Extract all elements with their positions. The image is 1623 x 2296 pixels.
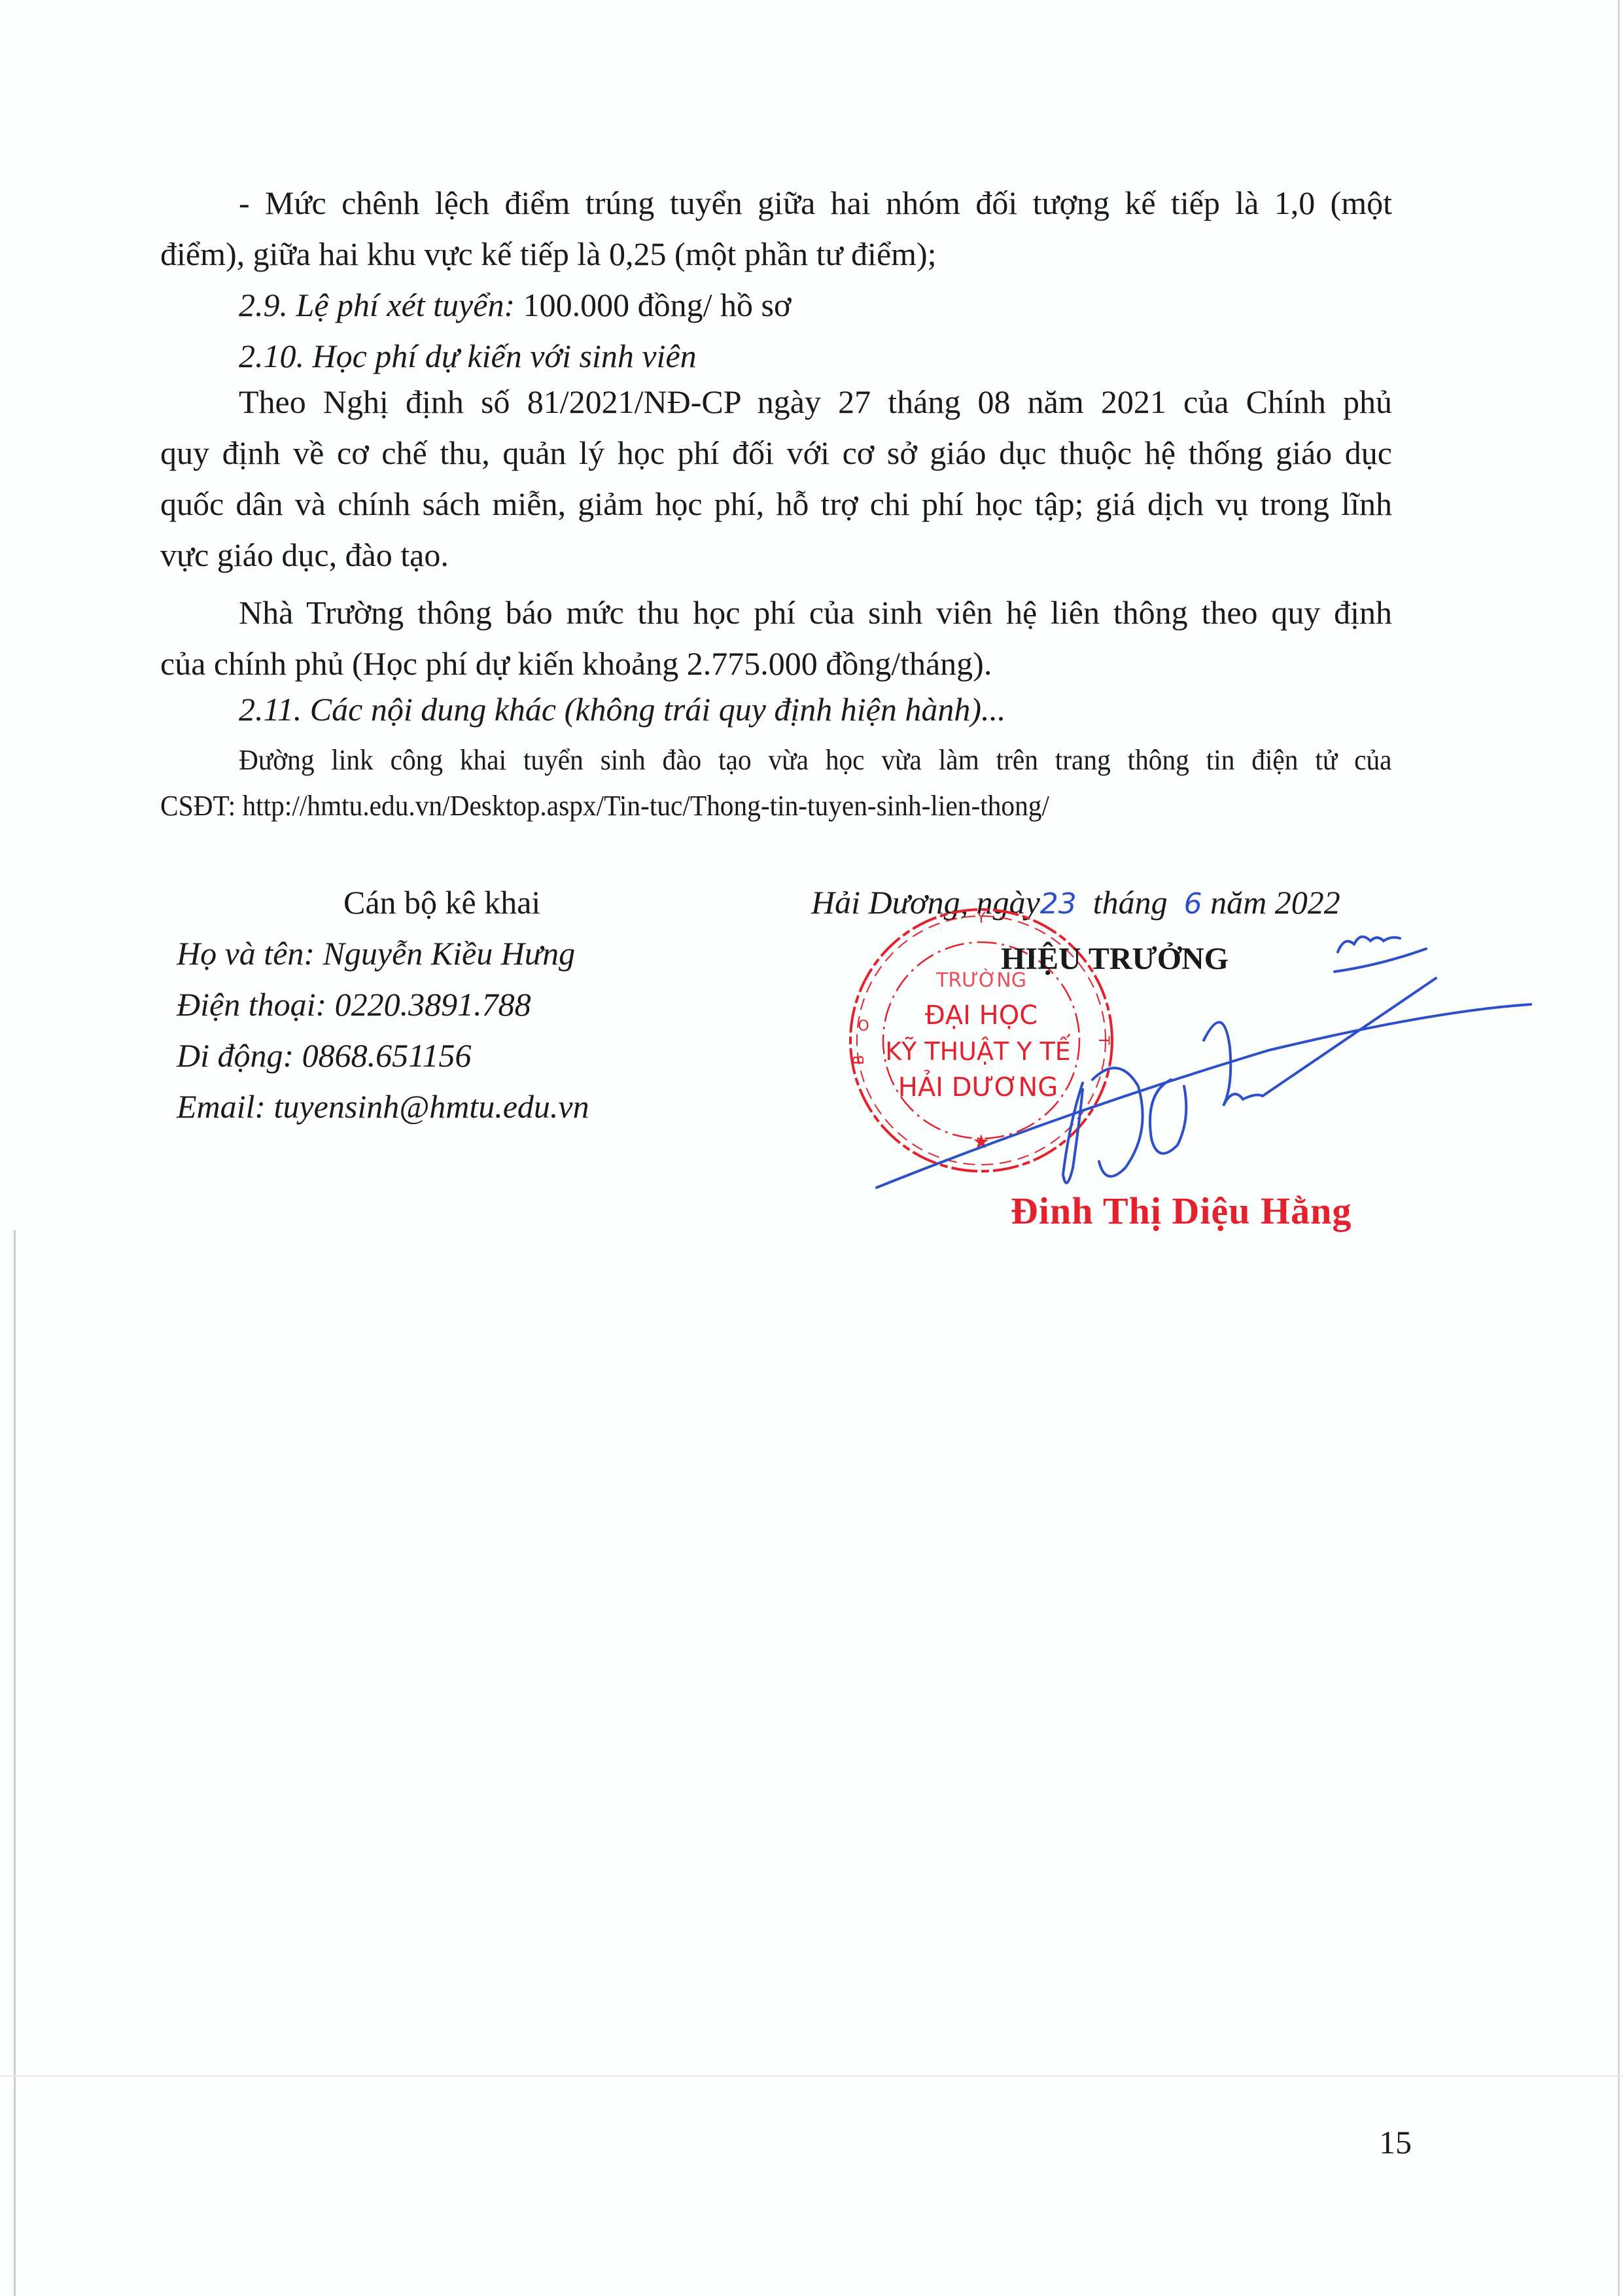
declarer-mobile: Di động: 0868.651156: [177, 1036, 471, 1074]
declarer-phone: Điện thoại: 0220.3891.788: [177, 985, 531, 1023]
scan-edge-left: [14, 1230, 16, 2296]
scan-edge-right: [1618, 0, 1620, 2296]
declarer-email[interactable]: Email: tuyensinh@hmtu.edu.vn: [177, 1087, 589, 1125]
paragraph-line: quy định về cơ chế thu, quản lý học phí …: [160, 433, 1392, 472]
svg-text:B: B: [851, 1055, 867, 1065]
paragraph-line: quốc dân và chính sách miễn, giảm học ph…: [160, 484, 1392, 523]
section-heading: 2.9. Lệ phí xét tuyển:: [239, 287, 515, 323]
paragraph-line: điểm), giữa hai khu vực kế tiếp là 0,25 …: [160, 234, 937, 274]
svg-text:Y: Y: [976, 910, 986, 927]
signature-block: Hải Dương, ngày23 tháng 6 năm 2022 O B Y…: [811, 883, 1596, 1276]
fee-value: 100.000 đồng/ hồ sơ: [515, 287, 791, 323]
paragraph-line: - Mức chênh lệch điểm trúng tuyển giữa h…: [239, 183, 1392, 222]
stamp-line-4: HẢI DƯƠNG: [898, 1069, 1058, 1103]
tuition-line: của chính phủ (Học phí dự kiến khoảng 2.…: [160, 644, 992, 683]
paragraph-line: Theo Nghị định số 81/2021/NĐ-CP ngày 27 …: [239, 382, 1392, 421]
declarer-title: Cán bộ kê khai: [343, 883, 540, 921]
stamp-line-3: KỸ THUẬT Y TẾ: [885, 1034, 1072, 1066]
signer-name: Đinh Thị Diệu Hằng: [1011, 1189, 1352, 1233]
admission-link[interactable]: CSĐT: http://hmtu.edu.vn/Desktop.aspx/Ti…: [160, 786, 1049, 826]
page-number: 15: [1379, 2123, 1412, 2161]
declarer-name: Họ và tên: Nguyễn Kiều Hưng: [177, 934, 575, 972]
stamp-outer-char: O: [858, 1018, 869, 1034]
section-2-10-heading: 2.10. Học phí dự kiến với sinh viên: [239, 336, 697, 376]
section-2-11-heading: 2.11. Các nội dung khác (không trái quy …: [239, 690, 1006, 729]
paragraph-line: Nhà Trường thông báo mức thu học phí của…: [239, 593, 1392, 632]
position-title: HIỆU TRƯỞNG: [1001, 941, 1229, 977]
section-2-9: 2.9. Lệ phí xét tuyển: 100.000 đồng/ hồ …: [239, 285, 791, 325]
date-year: năm 2022: [1210, 884, 1340, 921]
handwritten-month: 6: [1184, 887, 1202, 921]
stamp-line-2: ĐẠI HỌC: [925, 1000, 1038, 1031]
paragraph-line: vực giáo dục, đào tạo.: [160, 535, 449, 574]
stamp-star-icon: ★: [973, 1131, 990, 1154]
paragraph-line: Đường link công khai tuyển sinh đào tạo …: [239, 741, 1392, 780]
scan-fold-line: [0, 2075, 1623, 2077]
svg-text:T: T: [1095, 1035, 1111, 1045]
